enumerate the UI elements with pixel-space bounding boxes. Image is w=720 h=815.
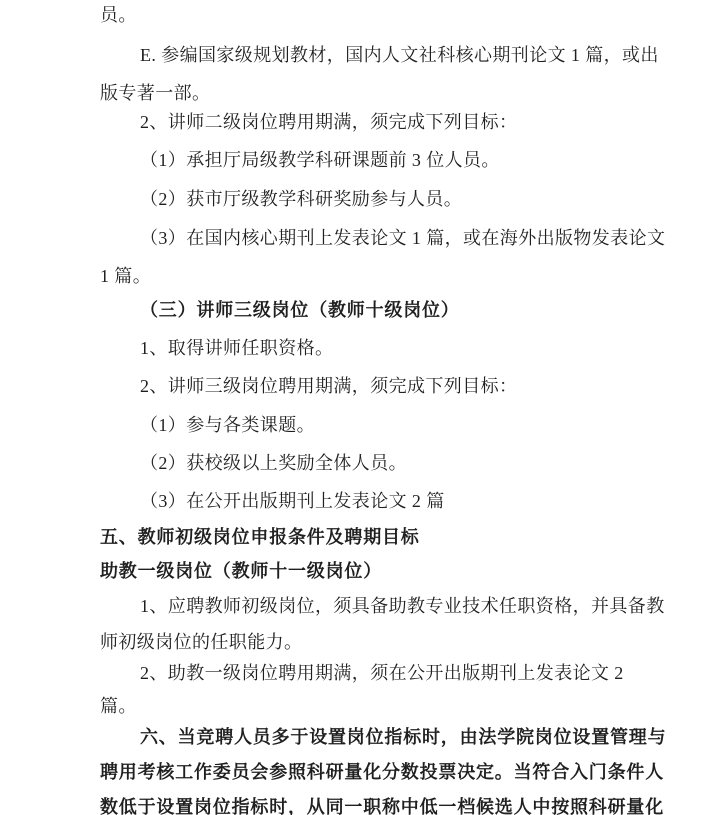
document-line: 2、讲师三级岗位聘用期满，须完成下列目标： (140, 375, 517, 397)
document-page: 员。E. 参编国家级规划教材，国内人文社科核心期刊论文 1 篇，或出版专著一部。… (0, 0, 720, 815)
document-line: 助教一级岗位（教师十一级岗位） (100, 560, 382, 582)
document-line: （三）讲师三级岗位（教师十级岗位） (140, 299, 460, 321)
document-line: （2）获市厅级教学科研奖励参与人员。 (140, 188, 462, 210)
document-line: 1、取得讲师任职资格。 (140, 337, 333, 359)
document-line: 员。 (100, 4, 137, 26)
document-line: （1）参与各类课题。 (140, 414, 315, 436)
document-line: 1、应聘教师初级岗位，须具备助教专业技术任职资格，并具备教 (140, 595, 665, 617)
document-line: 五、教师初级岗位申报条件及聘期目标 (100, 526, 420, 548)
document-line: （2）获校级以上奖励全体人员。 (140, 452, 407, 474)
document-text: 员。E. 参编国家级规划教材，国内人文社科核心期刊论文 1 篇，或出版专著一部。… (0, 0, 720, 815)
document-line: 聘用考核工作委员会参照科研量化分数投票决定。当符合入门条件人 (100, 761, 664, 783)
document-line: 版专著一部。 (100, 82, 210, 104)
document-line: 2、讲师二级岗位聘用期满，须完成下列目标： (140, 111, 517, 133)
document-line: 数低于设置岗位指标时，从同一职称中低一档候选人中按照科研量化 (100, 796, 664, 815)
document-line: （3）在国内核心期刊上发表论文 1 篇，或在海外出版物发表论文 (140, 227, 665, 249)
document-line: 六、当竞聘人员多于设置岗位指标时，由法学院岗位设置管理与 (140, 726, 666, 748)
document-line: （1）承担厅局级教学科研课题前 3 位人员。 (140, 149, 500, 171)
document-line: 2、助教一级岗位聘用期满，须在公开出版期刊上发表论文 2 (140, 662, 624, 684)
document-line: E. 参编国家级规划教材，国内人文社科核心期刊论文 1 篇，或出 (140, 44, 659, 66)
document-line: 1 篇。 (100, 265, 151, 287)
document-line: 师初级岗位的任职能力。 (100, 631, 302, 653)
document-line: （3）在公开出版期刊上发表论文 2 篇 (140, 490, 445, 512)
document-line: 篇。 (100, 695, 137, 717)
